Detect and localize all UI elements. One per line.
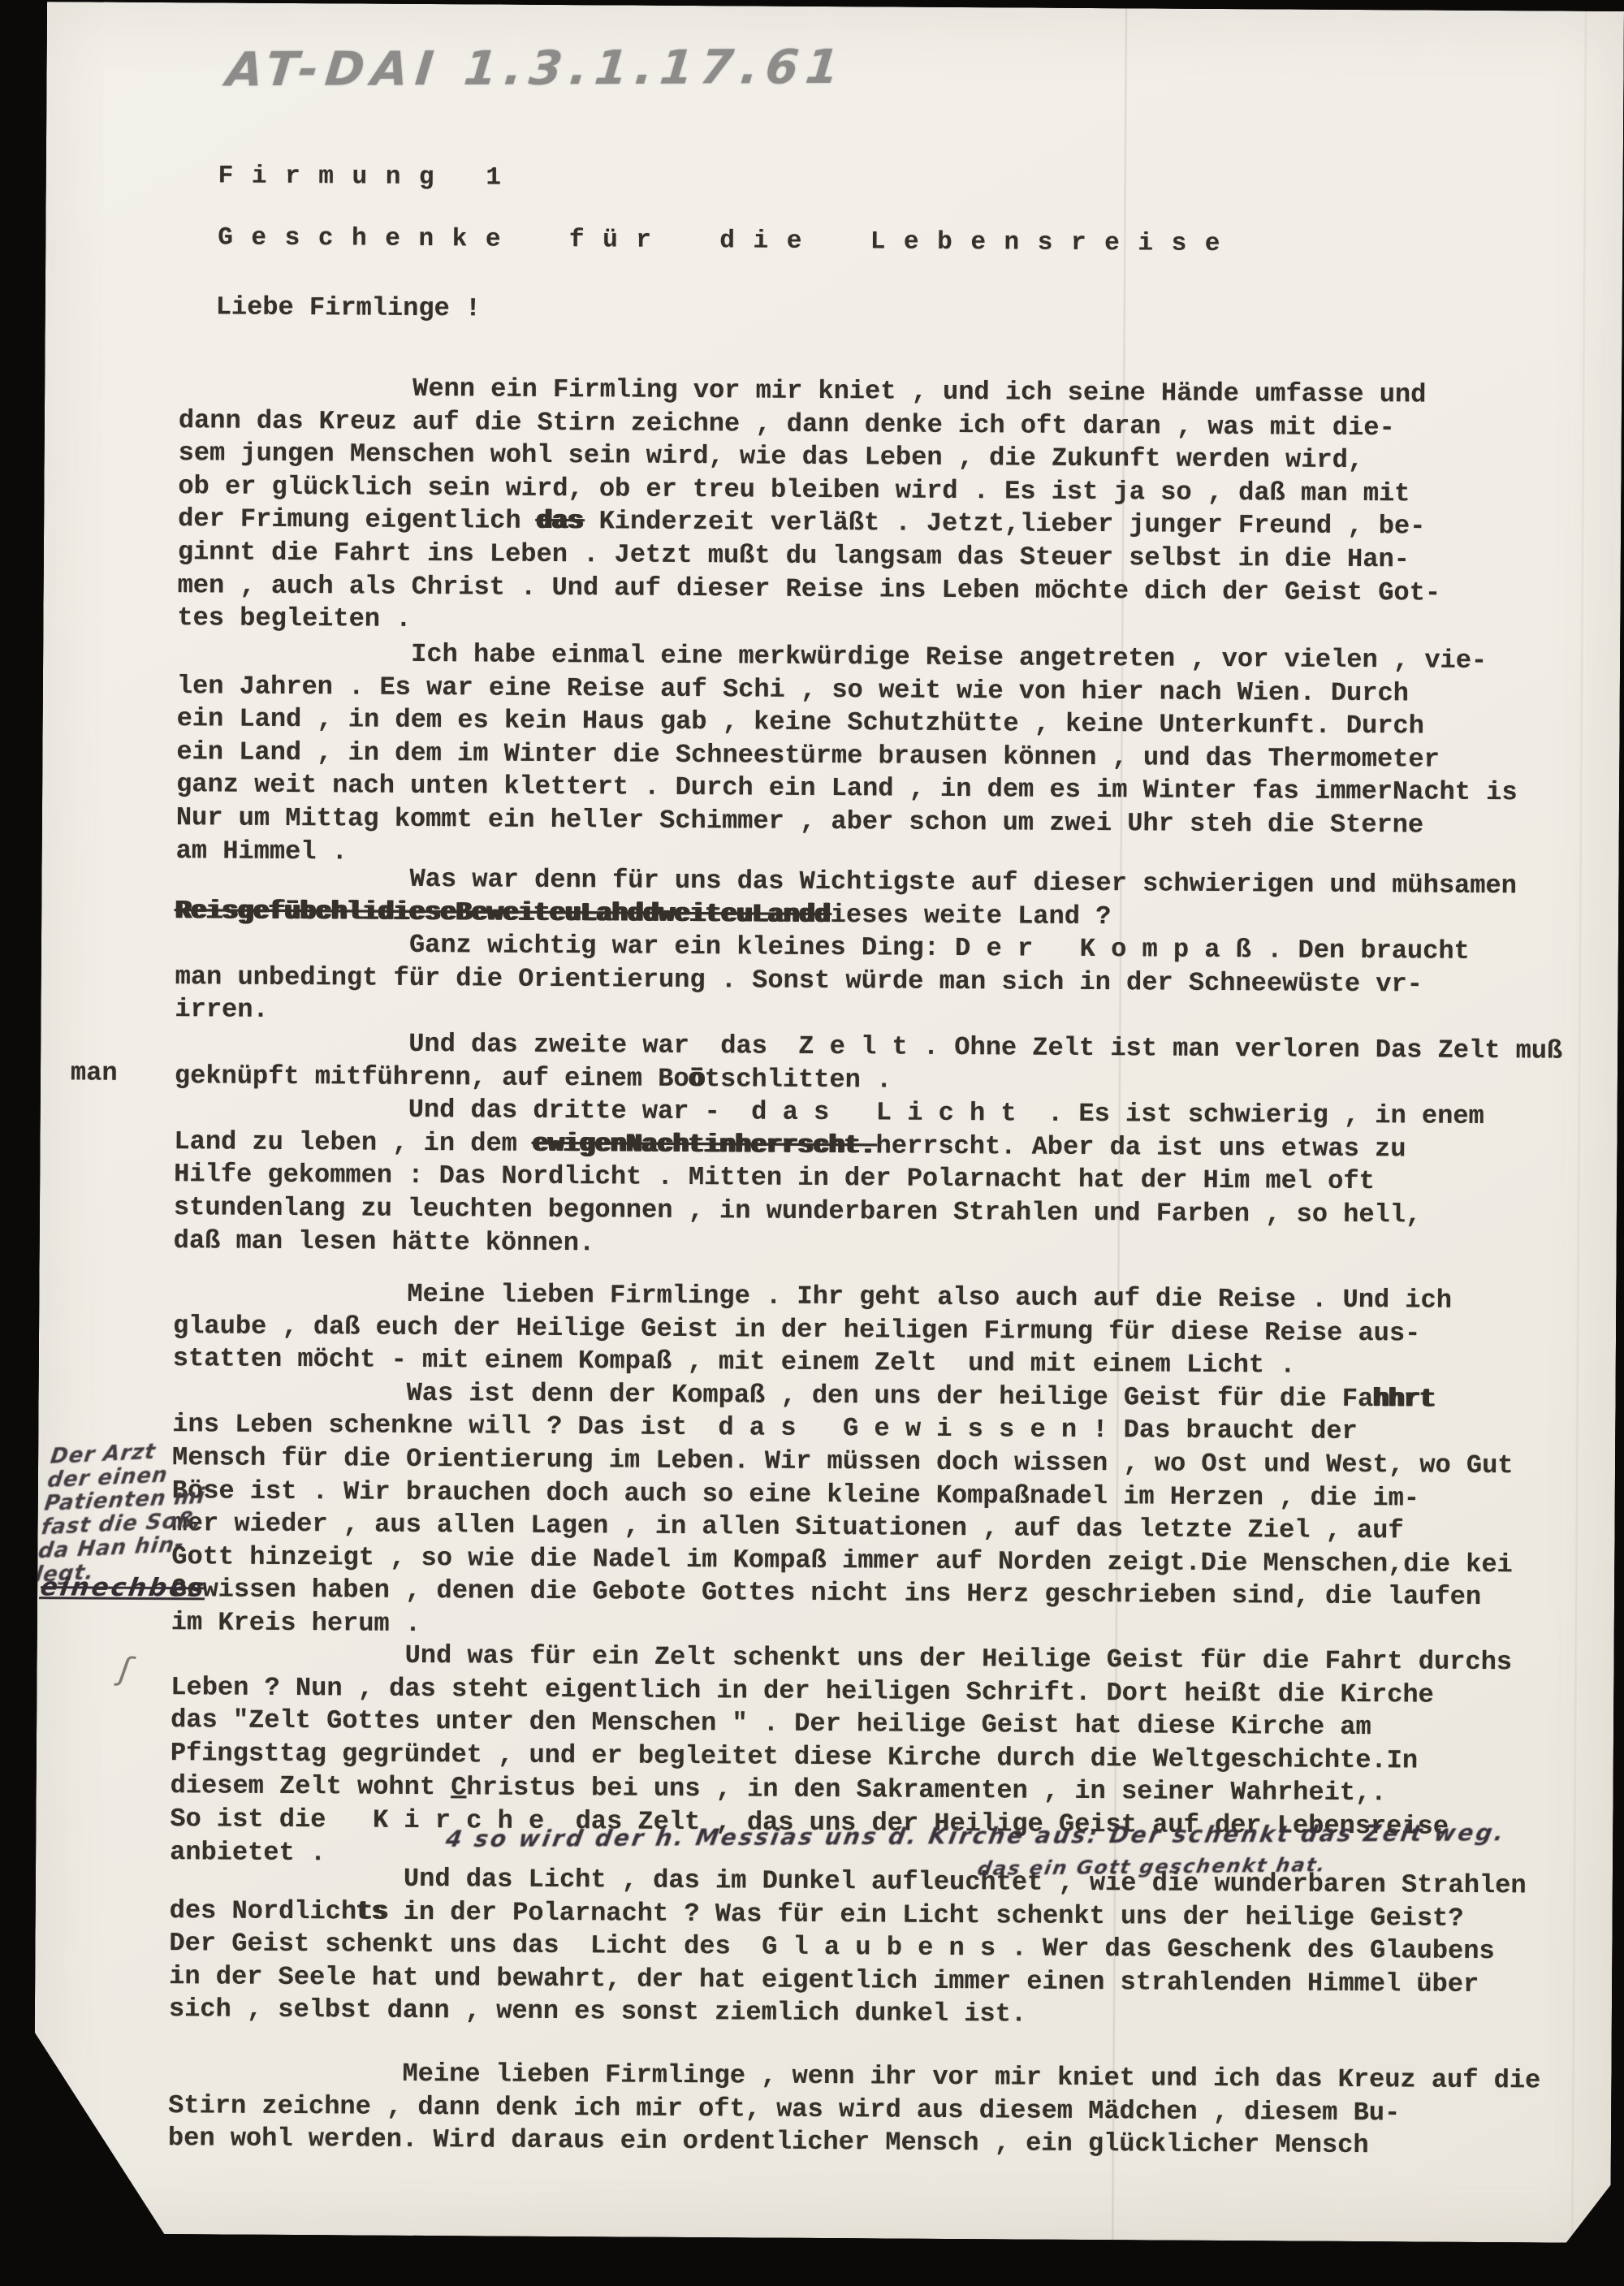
document-title: F i r m u n g 1 <box>218 162 503 192</box>
overtyped-struck-text: ReisgefübchlidieseBeweiteuLahddweiteuLan… <box>175 896 831 930</box>
salutation: Liebe Firmlinge ! <box>216 292 482 323</box>
scan-background: { "scan": { "archive_code": "AT-DAI 1.3.… <box>0 0 1624 2286</box>
handwritten-archive-code: AT-DAI 1.3.1.17.61 <box>224 39 849 97</box>
scanned-typewritten-page: AT-DAI 1.3.1.17.61 F i r m u n g 1 G e s… <box>33 2 1624 2243</box>
typed-paragraph: Was war denn für uns das Wichtigste auf … <box>174 862 1564 1266</box>
handwritten-insertion-line2: das ein Gott geschenkt hat. <box>976 1853 1328 1880</box>
typed-paragraph: Und das Licht , das im Dunkel aufleuchte… <box>169 1861 1527 2034</box>
underlined-text: C <box>451 1773 466 1803</box>
overtyped-struck-text: ewigenNachtinherrscht. <box>533 1129 876 1161</box>
pencil-stray-mark: ʃ <box>117 1650 133 1688</box>
overtyped-text: ö <box>689 1064 705 1094</box>
typed-body: Wenn ein Firmling vor mir kniet , und ic… <box>47 2 1624 11</box>
paper-edge-crease <box>1570 11 1587 2243</box>
overtyped-text: hhrt <box>1373 1384 1436 1414</box>
overtyped-struck-text: das <box>537 506 584 536</box>
handwritten-margin-note: Der Arzt der einen Patienten mi fast die… <box>33 1437 238 1588</box>
margin-typed-word: man <box>71 1057 118 1087</box>
handwritten-crossed-out-word: einechbes <box>38 1572 208 1602</box>
document-subtitle: G e s c h e n k e f ü r d i e L e b e n … <box>218 223 1221 258</box>
typed-paragraph: Ich habe einmal eine merkwürdige Reise a… <box>176 637 1518 875</box>
overtyped-text: ts <box>356 1896 388 1926</box>
typed-paragraph: Meine lieben Firmlinge . Ihr geht also a… <box>171 1277 1514 1648</box>
typed-paragraph: Meine lieben Firmlinge , wenn ihr vor mi… <box>168 2056 1541 2163</box>
typed-paragraph: Wenn ein Firmling vor mir kniet , und ic… <box>177 371 1441 642</box>
